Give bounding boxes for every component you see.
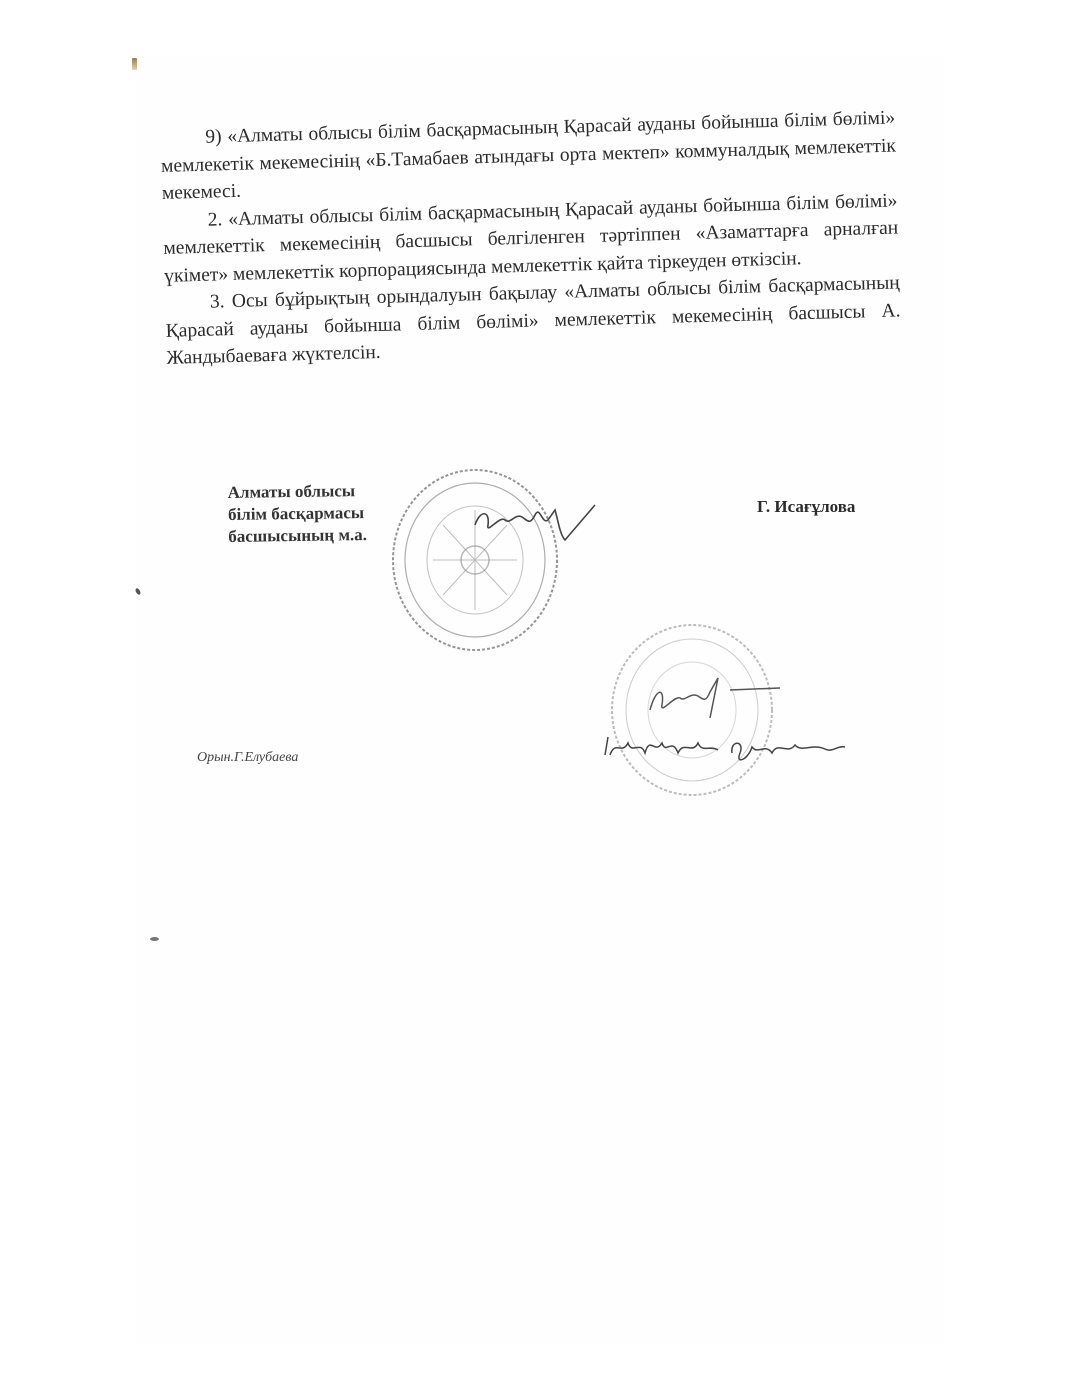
- page-edge-mark: [132, 58, 137, 70]
- signatory-position: Алматы облысы білім басқармасы басшысыны…: [228, 480, 368, 548]
- position-line: басшысының м.а.: [228, 524, 367, 548]
- official-stamp-icon: [388, 465, 563, 655]
- signer-name: Г. Исағұлова: [757, 497, 855, 517]
- document-body: 9) «Алматы облысы білім басқармасының Қа…: [160, 104, 902, 372]
- executor-name: Орын.Г.Елубаева: [197, 750, 298, 766]
- position-line: білім басқармасы: [228, 502, 367, 526]
- certification-signature-icon: [640, 670, 785, 720]
- signature-icon: [470, 495, 600, 545]
- handwritten-note-icon: [600, 725, 850, 775]
- scan-speck: [150, 937, 159, 941]
- position-line: Алматы облысы: [228, 480, 367, 504]
